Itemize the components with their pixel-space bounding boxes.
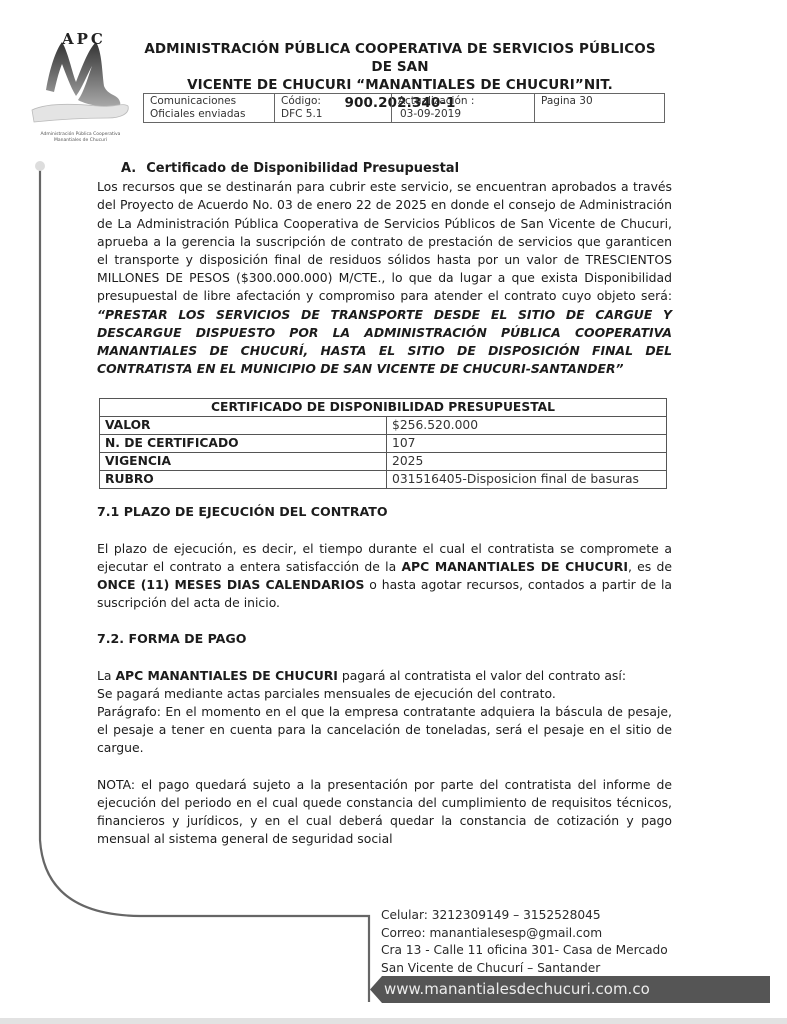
cdp-value: 031516405-Disposicion final de basuras [387, 471, 667, 489]
bold-text: APC MANANTIALES DE CHUCURI [401, 559, 628, 574]
footer-address: Cra 13 - Calle 11 oficina 301- Casa de M… [381, 942, 668, 960]
doc-page-label: Pagina 30 [541, 95, 658, 108]
footer-email[interactable]: Correo: manantialesesp@gmail.com [381, 925, 668, 943]
section-7-1-heading: 7.1 PLAZO DE EJECUCIÓN DEL CONTRATO [97, 503, 672, 521]
doc-update-label: Actualización : [398, 95, 528, 108]
doc-type-cell: Comunicaciones Oficiales enviadas [144, 94, 275, 123]
page-bottom-edge [0, 1018, 787, 1024]
company-logo: APC Administración Pública Cooperativa M… [28, 22, 133, 152]
logo-subtitle: Administración Pública Cooperativa Manan… [28, 132, 133, 144]
cdp-label: VALOR [100, 417, 387, 435]
doc-type-line2: Oficiales enviadas [150, 108, 268, 121]
text: , es de [628, 559, 672, 574]
cdp-label: RUBRO [100, 471, 387, 489]
doc-update-cell: Actualización : 03-09-2019 [392, 94, 535, 123]
cdp-label: VIGENCIA [100, 453, 387, 471]
section-a-title: Certificado de Disponibilidad Presupuest… [146, 161, 459, 176]
table-row: N. DE CERTIFICADO107 [100, 435, 667, 453]
text: La [97, 668, 115, 683]
paragraph-note: Parágrafo: En el momento en el que la em… [97, 703, 672, 758]
org-title-line1: ADMINISTRACIÓN PÚBLICA COOPERATIVA DE SE… [140, 40, 660, 76]
table-row: RUBRO031516405-Disposicion final de basu… [100, 471, 667, 489]
doc-code-value: DFC 5.1 [281, 108, 385, 121]
cdp-value: $256.520.000 [387, 417, 667, 435]
cdp-value: 107 [387, 435, 667, 453]
logo-subtitle-line2: Manantiales de Chucurí [28, 138, 133, 144]
footer-website-link[interactable]: www.manantialesdechucuri.com.co [370, 976, 770, 1003]
cdp-table-title: CERTIFICADO DE DISPONIBILIDAD PRESUPUEST… [100, 399, 667, 417]
document-control-table: Comunicaciones Oficiales enviadas Código… [143, 93, 665, 123]
doc-code-label: Código: [281, 95, 385, 108]
document-body: A.Certificado de Disponibilidad Presupue… [97, 160, 672, 848]
doc-update-value: 03-09-2019 [398, 108, 528, 121]
section-7-2-heading: 7.2. FORMA DE PAGO [97, 630, 672, 648]
footer-contact: Celular: 3212309149 – 3152528045 Correo:… [381, 907, 668, 977]
cdp-table: CERTIFICADO DE DISPONIBILIDAD PRESUPUEST… [99, 398, 667, 489]
table-row: VIGENCIA2025 [100, 453, 667, 471]
section-a-paragraph: Los recursos que se destinarán para cubr… [97, 178, 672, 378]
section-7-1-paragraph: El plazo de ejecución, es decir, el tiem… [97, 540, 672, 613]
bold-text: ONCE (11) MESES DIAS CALENDARIOS [97, 577, 364, 592]
cdp-value: 2025 [387, 453, 667, 471]
nota-paragraph: NOTA: el pago quedará sujeto a la presen… [97, 776, 672, 849]
doc-code-cell: Código: DFC 5.1 [275, 94, 392, 123]
bold-text: APC MANANTIALES DE CHUCURI [115, 668, 337, 683]
section-a-heading: A.Certificado de Disponibilidad Presupue… [121, 160, 672, 178]
payment-method-line: Se pagará mediante actas parciales mensu… [97, 685, 672, 703]
doc-type-line1: Comunicaciones [150, 95, 268, 108]
section-a-letter: A. [121, 161, 136, 176]
section-7-2-paragraph: La APC MANANTIALES DE CHUCURI pagará al … [97, 667, 672, 685]
section-a-body: Los recursos que se destinarán para cubr… [97, 179, 672, 303]
footer-phone: Celular: 3212309149 – 3152528045 [381, 907, 668, 925]
logo-acronym: APC [62, 30, 106, 48]
table-row: VALOR$256.520.000 [100, 417, 667, 435]
contract-object: “PRESTAR LOS SERVICIOS DE TRANSPORTE DES… [97, 307, 672, 377]
footer-city: San Vicente de Chucurí – Santander [381, 960, 668, 978]
text: pagará al contratista el valor del contr… [338, 668, 626, 683]
doc-page-cell: Pagina 30 [535, 94, 665, 123]
cdp-label: N. DE CERTIFICADO [100, 435, 387, 453]
